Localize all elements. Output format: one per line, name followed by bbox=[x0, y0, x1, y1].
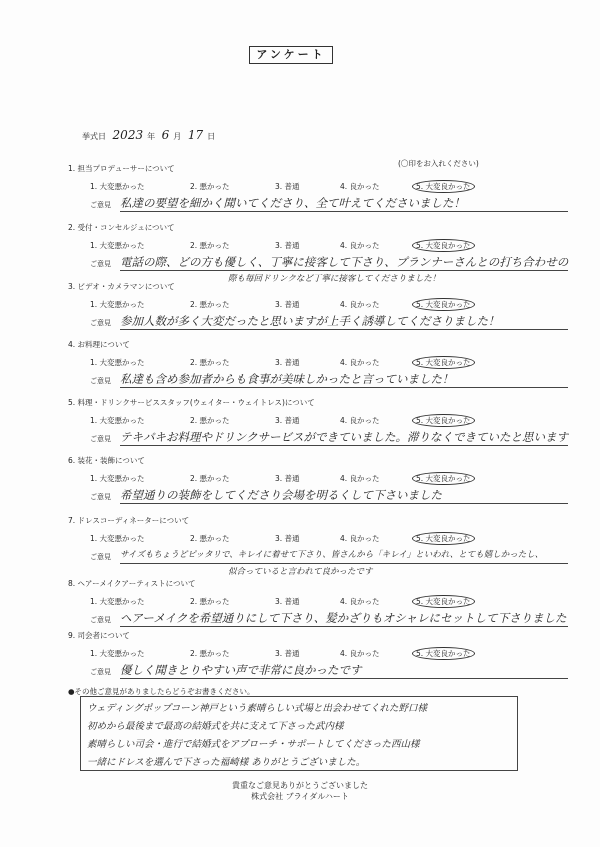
question-title: 5. 料理・ドリンクサービススタッフ(ウェイター・ウェイトレス)について bbox=[68, 397, 568, 408]
option-text: 2. 悪かった bbox=[190, 358, 230, 367]
rating-option-3[interactable]: 3. 普通 bbox=[275, 415, 340, 426]
question-9: 9. 司会者について1. 大変悪かった2. 悪かった3. 普通4. 良かった5.… bbox=[68, 630, 568, 679]
rating-option-2[interactable]: 2. 悪かった bbox=[190, 415, 275, 426]
question-1: 1. 担当プロデューサーについて1. 大変悪かった2. 悪かった3. 普通4. … bbox=[68, 163, 568, 212]
day-unit: 日 bbox=[207, 132, 215, 141]
option-text: 1. 大変悪かった bbox=[90, 597, 145, 606]
comment-label: ご意見 bbox=[90, 492, 120, 504]
rating-option-4[interactable]: 4. 良かった bbox=[340, 299, 415, 310]
rating-option-1[interactable]: 1. 大変悪かった bbox=[90, 240, 190, 251]
rating-option-5[interactable]: 5. 大変良かった bbox=[415, 596, 475, 607]
option-text: 4. 良かった bbox=[340, 241, 380, 250]
rating-option-5[interactable]: 5. 大変良かった bbox=[415, 648, 475, 659]
question-title: 7. ドレスコーディネーターについて bbox=[68, 515, 568, 526]
rating-options: 1. 大変悪かった2. 悪かった3. 普通4. 良かった5. 大変良かった bbox=[90, 595, 568, 607]
question-title: 9. 司会者について bbox=[68, 630, 568, 641]
rating-option-3[interactable]: 3. 普通 bbox=[275, 240, 340, 251]
rating-option-2[interactable]: 2. 悪かった bbox=[190, 473, 275, 484]
rating-option-2[interactable]: 2. 悪かった bbox=[190, 299, 275, 310]
rating-options: 1. 大変悪かった2. 悪かった3. 普通4. 良かった5. 大変良かった bbox=[90, 532, 568, 544]
rating-options: 1. 大変悪かった2. 悪かった3. 普通4. 良かった5. 大変良かった bbox=[90, 414, 568, 426]
comment-text-line2: 似合っていると言われて良かったです bbox=[228, 565, 568, 577]
option-text: 1. 大変悪かった bbox=[90, 474, 145, 483]
footer: 貴重なご意見ありがとうございました 株式会社 ブライダルハート bbox=[0, 780, 600, 802]
rating-option-5[interactable]: 5. 大変良かった bbox=[415, 473, 475, 484]
rating-option-3[interactable]: 3. 普通 bbox=[275, 357, 340, 368]
rating-option-1[interactable]: 1. 大変悪かった bbox=[90, 357, 190, 368]
year-unit: 年 bbox=[147, 132, 155, 141]
option-text: 2. 悪かった bbox=[190, 474, 230, 483]
rating-options: 1. 大変悪かった2. 悪かった3. 普通4. 良かった5. 大変良かった bbox=[90, 239, 568, 251]
comment-text[interactable]: サイズもちょうどピッタリで、キレイに着せて下さり、皆さんから「キレイ」といわれ、… bbox=[120, 547, 568, 564]
option-text: 4. 良かった bbox=[340, 534, 380, 543]
rating-option-4[interactable]: 4. 良かった bbox=[340, 357, 415, 368]
option-text: 3. 普通 bbox=[275, 416, 300, 425]
option-text: 2. 悪かった bbox=[190, 597, 230, 606]
option-text: 1. 大変悪かった bbox=[90, 649, 145, 658]
rating-option-3[interactable]: 3. 普通 bbox=[275, 533, 340, 544]
rating-option-5[interactable]: 5. 大変良かった bbox=[415, 299, 475, 310]
comment-text[interactable]: 希望通りの装飾をしてくださり会場を明るくして下さいました bbox=[120, 487, 568, 504]
comment-text[interactable]: ヘアーメイクを希望通りにして下さり、髪かざりもオシャレにセットして下さりました bbox=[120, 610, 568, 627]
ceremony-date: 挙式日 2023年 6月 17日 bbox=[82, 128, 215, 142]
date-label: 挙式日 bbox=[82, 132, 106, 141]
rating-option-5[interactable]: 5. 大変良かった bbox=[415, 533, 475, 544]
selected-circle: 5. 大変良かった bbox=[412, 532, 475, 545]
rating-options: 1. 大変悪かった2. 悪かった3. 普通4. 良かった5. 大変良かった bbox=[90, 472, 568, 484]
comment-text[interactable]: 私達も含め参加者からも食事が美味しかったと言っていました！ bbox=[120, 371, 568, 388]
option-text: 3. 普通 bbox=[275, 300, 300, 309]
rating-option-1[interactable]: 1. 大変悪かった bbox=[90, 473, 190, 484]
comment-row: ご意見優しく聞きとりやすい声で非常に良かったです bbox=[90, 661, 568, 679]
rating-option-3[interactable]: 3. 普通 bbox=[275, 596, 340, 607]
option-text: 3. 普通 bbox=[275, 474, 300, 483]
rating-option-5[interactable]: 5. 大変良かった bbox=[415, 240, 475, 251]
rating-option-2[interactable]: 2. 悪かった bbox=[190, 240, 275, 251]
comment-label: ご意見 bbox=[90, 434, 120, 446]
comment-row: ご意見電話の際、どの方も優しく、丁寧に接客して下さり、プランナーさんとの打ち合わ… bbox=[90, 253, 568, 271]
option-text: 3. 普通 bbox=[275, 358, 300, 367]
option-text: 1. 大変悪かった bbox=[90, 358, 145, 367]
comment-text[interactable]: 電話の際、どの方も優しく、丁寧に接客して下さり、プランナーさんとの打ち合わせの bbox=[120, 254, 568, 271]
question-4: 4. お料理について1. 大変悪かった2. 悪かった3. 普通4. 良かった5.… bbox=[68, 339, 568, 388]
comment-row: ご意見希望通りの装飾をしてくださり会場を明るくして下さいました bbox=[90, 486, 568, 504]
rating-options: 1. 大変悪かった2. 悪かった3. 普通4. 良かった5. 大変良かった bbox=[90, 647, 568, 659]
comment-label: ご意見 bbox=[90, 318, 120, 330]
rating-option-2[interactable]: 2. 悪かった bbox=[190, 357, 275, 368]
comment-label: ご意見 bbox=[90, 259, 120, 271]
option-text: 3. 普通 bbox=[275, 241, 300, 250]
question-title: 1. 担当プロデューサーについて bbox=[68, 163, 568, 174]
rating-option-3[interactable]: 3. 普通 bbox=[275, 648, 340, 659]
option-text: 1. 大変悪かった bbox=[90, 534, 145, 543]
other-comments-box: ウェディングポップコーン神戸という素晴らしい式場と出会わせてくれた野口様 初めか… bbox=[80, 696, 518, 771]
option-text: 1. 大変悪かった bbox=[90, 182, 145, 191]
option-text: 2. 悪かった bbox=[190, 649, 230, 658]
rating-option-5[interactable]: 5. 大変良かった bbox=[415, 357, 475, 368]
question-title: 3. ビデオ・カメラマンについて bbox=[68, 281, 568, 292]
option-text: 2. 悪かった bbox=[190, 416, 230, 425]
rating-options: 1. 大変悪かった2. 悪かった3. 普通4. 良かった5. 大変良かった bbox=[90, 298, 568, 310]
option-text: 1. 大変悪かった bbox=[90, 416, 145, 425]
comment-row: ご意見私達の要望を細かく聞いてくださり、全て叶えてくださいました！ bbox=[90, 194, 568, 212]
rating-option-1[interactable]: 1. 大変悪かった bbox=[90, 596, 190, 607]
comment-label: ご意見 bbox=[90, 615, 120, 627]
comment-row: ご意見参加人数が多く大変だったと思いますが上手く誘導してくださりました！ bbox=[90, 312, 568, 330]
comment-row: ご意見私達も含め参加者からも食事が美味しかったと言っていました！ bbox=[90, 370, 568, 388]
rating-option-3[interactable]: 3. 普通 bbox=[275, 473, 340, 484]
question-title: 2. 受付・コンセルジュについて bbox=[68, 222, 568, 233]
selected-circle: 5. 大変良かった bbox=[412, 472, 475, 485]
rating-option-2[interactable]: 2. 悪かった bbox=[190, 181, 275, 192]
other-comment-line: ウェディングポップコーン神戸という素晴らしい式場と出会わせてくれた野口様 bbox=[87, 700, 511, 718]
rating-option-4[interactable]: 4. 良かった bbox=[340, 533, 415, 544]
option-text: 4. 良かった bbox=[340, 649, 380, 658]
rating-options: 1. 大変悪かった2. 悪かった3. 普通4. 良かった5. 大変良かった bbox=[90, 356, 568, 368]
rating-option-3[interactable]: 3. 普通 bbox=[275, 181, 340, 192]
rating-option-5[interactable]: 5. 大変良かった bbox=[415, 415, 475, 426]
option-text: 4. 良かった bbox=[340, 182, 380, 191]
rating-option-1[interactable]: 1. 大変悪かった bbox=[90, 648, 190, 659]
option-text: 3. 普通 bbox=[275, 649, 300, 658]
question-6: 6. 装花・装飾について1. 大変悪かった2. 悪かった3. 普通4. 良かった… bbox=[68, 455, 568, 504]
survey-title: アンケート bbox=[249, 46, 333, 64]
comment-row: ご意見ヘアーメイクを希望通りにして下さり、髪かざりもオシャレにセットして下さりま… bbox=[90, 609, 568, 627]
other-comment-line: 初めから最後まで最高の結婚式を共に支えて下さった武内様 bbox=[87, 718, 511, 736]
footer-thanks: 貴重なご意見ありがとうございました bbox=[0, 780, 600, 791]
question-3: 3. ビデオ・カメラマンについて1. 大変悪かった2. 悪かった3. 普通4. … bbox=[68, 281, 568, 330]
rating-option-4[interactable]: 4. 良かった bbox=[340, 473, 415, 484]
option-text: 2. 悪かった bbox=[190, 300, 230, 309]
option-text: 4. 良かった bbox=[340, 597, 380, 606]
comment-label: ご意見 bbox=[90, 552, 120, 564]
question-title: 6. 装花・装飾について bbox=[68, 455, 568, 466]
option-text: 3. 普通 bbox=[275, 597, 300, 606]
rating-option-1[interactable]: 1. 大変悪かった bbox=[90, 299, 190, 310]
rating-option-2[interactable]: 2. 悪かった bbox=[190, 596, 275, 607]
other-comment-line: 一緒にドレスを選んで下さった福崎様 ありがとうございました。 bbox=[87, 754, 511, 772]
rating-option-2[interactable]: 2. 悪かった bbox=[190, 648, 275, 659]
comment-text[interactable]: テキパキお料理やドリンクサービスができていました。滞りなくできていたと思います bbox=[120, 429, 568, 446]
rating-option-1[interactable]: 1. 大変悪かった bbox=[90, 533, 190, 544]
question-title: 8. ヘアーメイクアーティストについて bbox=[68, 578, 568, 589]
comment-row: ご意見サイズもちょうどピッタリで、キレイに着せて下さり、皆さんから「キレイ」とい… bbox=[90, 546, 568, 564]
question-8: 8. ヘアーメイクアーティストについて1. 大変悪かった2. 悪かった3. 普通… bbox=[68, 578, 568, 627]
comment-text[interactable]: 優しく聞きとりやすい声で非常に良かったです bbox=[120, 662, 568, 679]
month-unit: 月 bbox=[173, 132, 181, 141]
rating-option-4[interactable]: 4. 良かった bbox=[340, 648, 415, 659]
comment-label: ご意見 bbox=[90, 376, 120, 388]
option-text: 3. 普通 bbox=[275, 534, 300, 543]
selected-circle: 5. 大変良かった bbox=[412, 239, 475, 252]
selected-circle: 5. 大変良かった bbox=[412, 414, 475, 427]
selected-circle: 5. 大変良かった bbox=[412, 298, 475, 311]
date-day: 17 bbox=[188, 128, 203, 142]
comment-text[interactable]: 参加人数が多く大変だったと思いますが上手く誘導してくださりました！ bbox=[120, 313, 568, 330]
option-text: 4. 良かった bbox=[340, 416, 380, 425]
option-text: 3. 普通 bbox=[275, 182, 300, 191]
comment-label: ご意見 bbox=[90, 667, 120, 679]
selected-circle: 5. 大変良かった bbox=[412, 356, 475, 369]
date-year: 2023 bbox=[113, 128, 144, 142]
option-text: 2. 悪かった bbox=[190, 182, 230, 191]
selected-circle: 5. 大変良かった bbox=[412, 180, 475, 193]
rating-option-5[interactable]: 5. 大変良かった bbox=[415, 181, 475, 192]
date-month: 6 bbox=[162, 128, 170, 142]
comment-text[interactable]: 私達の要望を細かく聞いてくださり、全て叶えてくださいました！ bbox=[120, 195, 568, 212]
rating-option-2[interactable]: 2. 悪かった bbox=[190, 533, 275, 544]
selected-circle: 5. 大変良かった bbox=[412, 647, 475, 660]
question-7: 7. ドレスコーディネーターについて1. 大変悪かった2. 悪かった3. 普通4… bbox=[68, 515, 568, 577]
comment-label: ご意見 bbox=[90, 200, 120, 212]
option-text: 1. 大変悪かった bbox=[90, 300, 145, 309]
rating-option-4[interactable]: 4. 良かった bbox=[340, 181, 415, 192]
question-title: 4. お料理について bbox=[68, 339, 568, 350]
rating-option-4[interactable]: 4. 良かった bbox=[340, 415, 415, 426]
option-text: 2. 悪かった bbox=[190, 241, 230, 250]
rating-options: 1. 大変悪かった2. 悪かった3. 普通4. 良かった5. 大変良かった bbox=[90, 180, 568, 192]
rating-option-1[interactable]: 1. 大変悪かった bbox=[90, 181, 190, 192]
option-text: 4. 良かった bbox=[340, 300, 380, 309]
option-text: 2. 悪かった bbox=[190, 534, 230, 543]
option-text: 4. 良かった bbox=[340, 474, 380, 483]
rating-option-4[interactable]: 4. 良かった bbox=[340, 240, 415, 251]
option-text: 1. 大変悪かった bbox=[90, 241, 145, 250]
other-comment-line: 素晴らしい司会・進行で結婚式をアプローチ・サポートしてくださった西山様 bbox=[87, 736, 511, 754]
rating-option-4[interactable]: 4. 良かった bbox=[340, 596, 415, 607]
selected-circle: 5. 大変良かった bbox=[412, 595, 475, 608]
footer-company: 株式会社 ブライダルハート bbox=[0, 791, 600, 802]
question-2: 2. 受付・コンセルジュについて1. 大変悪かった2. 悪かった3. 普通4. … bbox=[68, 222, 568, 284]
option-text: 4. 良かった bbox=[340, 358, 380, 367]
rating-option-1[interactable]: 1. 大変悪かった bbox=[90, 415, 190, 426]
question-5: 5. 料理・ドリンクサービススタッフ(ウェイター・ウェイトレス)について1. 大… bbox=[68, 397, 568, 446]
comment-row: ご意見テキパキお料理やドリンクサービスができていました。滞りなくできていたと思い… bbox=[90, 428, 568, 446]
rating-option-3[interactable]: 3. 普通 bbox=[275, 299, 340, 310]
